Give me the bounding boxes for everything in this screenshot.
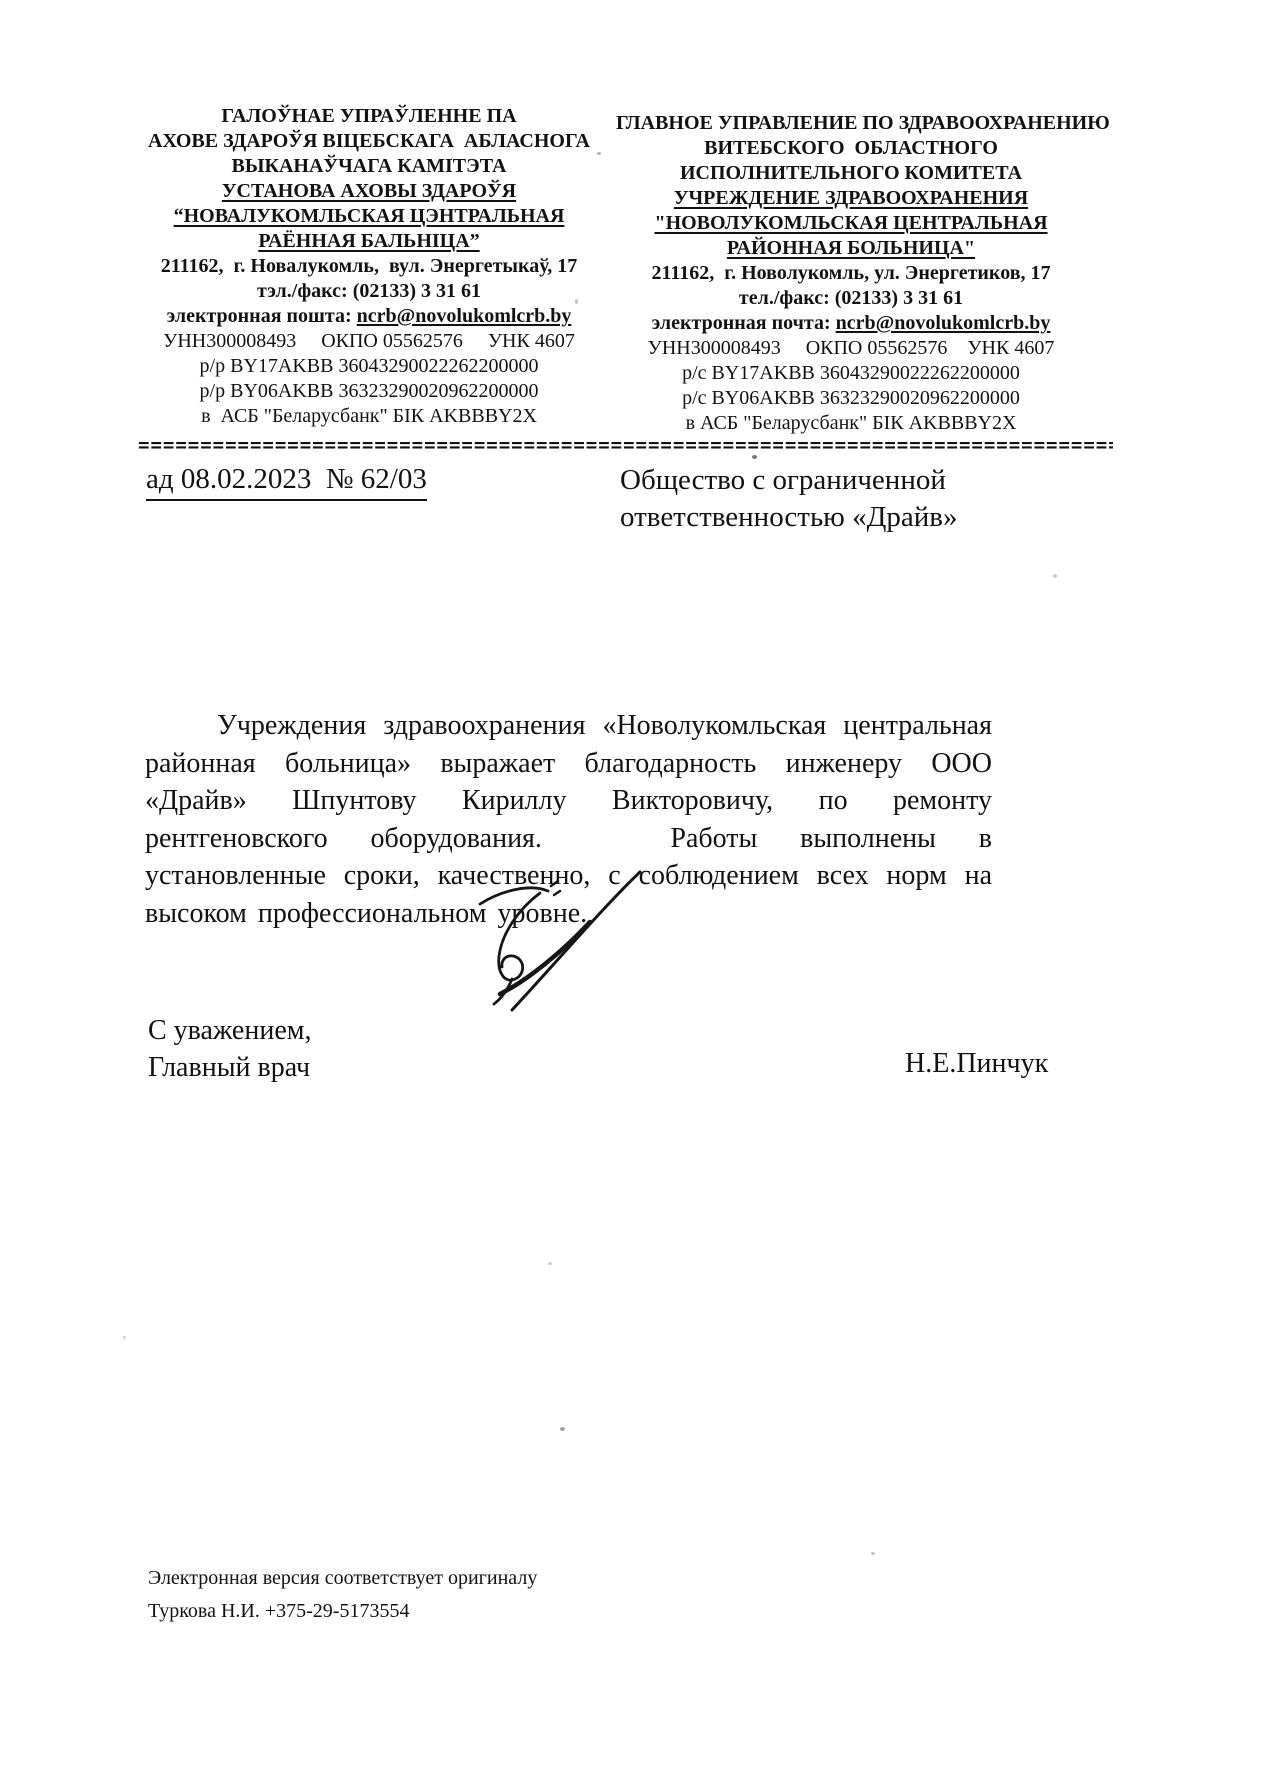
- org-name-by-line2: АХОВЕ ЗДАРОЎЯ ВІЦЕБСКАГА АБЛАСНОГА: [138, 129, 600, 154]
- bank-account-2-ru: р/с BY06AKBB 36323290020962200000: [616, 386, 1086, 411]
- salutation-block: С уважением, Главный врач: [148, 1012, 311, 1086]
- salutation-line: С уважением,: [148, 1012, 311, 1049]
- scan-artifact: [123, 1336, 126, 1339]
- reference-date: ад 08.02.2023 № 62/03: [146, 462, 427, 501]
- scan-artifact: [1053, 574, 1057, 578]
- org-name-ru-line1: ГЛАВНОЕ УПРАВЛЕНИЕ ПО ЗДРАВООХРАНЕНИЮ: [616, 111, 1086, 136]
- address-by: 211162, г. Новалукомль, вул. Энергетыкаў…: [138, 254, 600, 279]
- email-line-ru: электронная почта: ncrb@novolukomlcrb.by: [616, 311, 1086, 336]
- email-address-ru: ncrb@novolukomlcrb.by: [836, 312, 1051, 334]
- institution-by-line2: “НОВАЛУКОМЛЬСКАЯ ЦЭНТРАЛЬНАЯ: [138, 204, 600, 229]
- scan-artifact: [597, 152, 601, 155]
- email-label-by: электронная пошта:: [167, 305, 357, 327]
- registration-codes-ru: УНН300008493 ОКПО 05562576 УНК 4607: [616, 336, 1086, 361]
- scan-artifact: [752, 455, 757, 459]
- phone-fax-ru: тел./факс: (02133) 3 31 61: [616, 286, 1086, 311]
- org-name-by-line3: ВЫКАНАЎЧАГА КАМІТЭТА: [138, 154, 600, 179]
- footer-contact: Туркова Н.И. +375-29-5173554: [148, 1595, 537, 1628]
- institution-ru-line1: УЧРЕЖДЕНИЕ ЗДРАВООХРАНЕНИЯ: [616, 186, 1086, 211]
- signer-name: Н.Е.Пинчук: [905, 1048, 1048, 1080]
- institution-ru-line2: "НОВОЛУКОМЛЬСКАЯ ЦЕНТРАЛЬНАЯ: [616, 211, 1086, 236]
- institution-by-line3: РАЁННАЯ БАЛЬНІЦА”: [138, 229, 600, 254]
- footer-certification: Электронная версия соответствует оригина…: [148, 1562, 537, 1595]
- scan-artifact: [560, 1427, 565, 1431]
- institution-ru-line3: РАЙОННАЯ БОЛЬНИЦА": [616, 236, 1086, 261]
- bank-name-ru: в АСБ "Беларусбанк" БІК AKBBBY2X: [616, 411, 1086, 436]
- handwritten-signature: [450, 870, 655, 1015]
- bank-account-1-ru: р/с BY17AKBB 36043290022262200000: [616, 361, 1086, 386]
- org-name-ru-line2: ВИТЕБСКОГО ОБЛАСТНОГО: [616, 136, 1086, 161]
- divider-line: ========================================…: [138, 434, 1113, 458]
- footer-block: Электронная версия соответствует оригина…: [148, 1562, 537, 1628]
- addressee-line1: Общество с ограниченной: [620, 462, 1040, 499]
- phone-fax-by: тэл./факс: (02133) 3 31 61: [138, 279, 600, 304]
- email-label-ru: электронная почта:: [652, 312, 836, 334]
- addressee-line2: ответственностью «Драйв»: [620, 499, 1040, 536]
- bank-account-2-by: р/р BY06AKBB 36323290020962200000: [138, 379, 600, 404]
- scan-artifact: [548, 1262, 552, 1265]
- institution-by-line1: УСТАНОВА АХОВЫ ЗДАРОЎЯ: [138, 179, 600, 204]
- signer-position: Главный врач: [148, 1049, 311, 1086]
- scan-artifact: [575, 299, 578, 304]
- addressee-block: Общество с ограниченной ответственностью…: [620, 462, 1040, 536]
- registration-codes-by: УНН300008493 ОКПО 05562576 УНК 4607: [138, 329, 600, 354]
- scan-artifact: [871, 1552, 875, 1555]
- letterhead-right: ГЛАВНОЕ УПРАВЛЕНИЕ ПО ЗДРАВООХРАНЕНИЮ ВИ…: [616, 111, 1086, 436]
- bank-account-1-by: р/р BY17AKBB 36043290022262200000: [138, 354, 600, 379]
- email-line-by: электронная пошта: ncrb@novolukomlcrb.by: [138, 304, 600, 329]
- org-name-by-line1: ГАЛОЎНАЕ УПРАЎЛЕННЕ ПА: [138, 104, 600, 129]
- document-page: ГАЛОЎНАЕ УПРАЎЛЕННЕ ПА АХОВЕ ЗДАРОЎЯ ВІЦ…: [0, 0, 1272, 1765]
- letterhead-left: ГАЛОЎНАЕ УПРАЎЛЕННЕ ПА АХОВЕ ЗДАРОЎЯ ВІЦ…: [138, 104, 600, 429]
- bank-name-by: в АСБ "Беларусбанк" БІК AKBBBY2X: [138, 404, 600, 429]
- email-address-by: ncrb@novolukomlcrb.by: [357, 305, 572, 327]
- org-name-ru-line3: ИСПОЛНИТЕЛЬНОГО КОМИТЕТА: [616, 161, 1086, 186]
- address-ru: 211162, г. Новолукомль, ул. Энергетиков,…: [616, 261, 1086, 286]
